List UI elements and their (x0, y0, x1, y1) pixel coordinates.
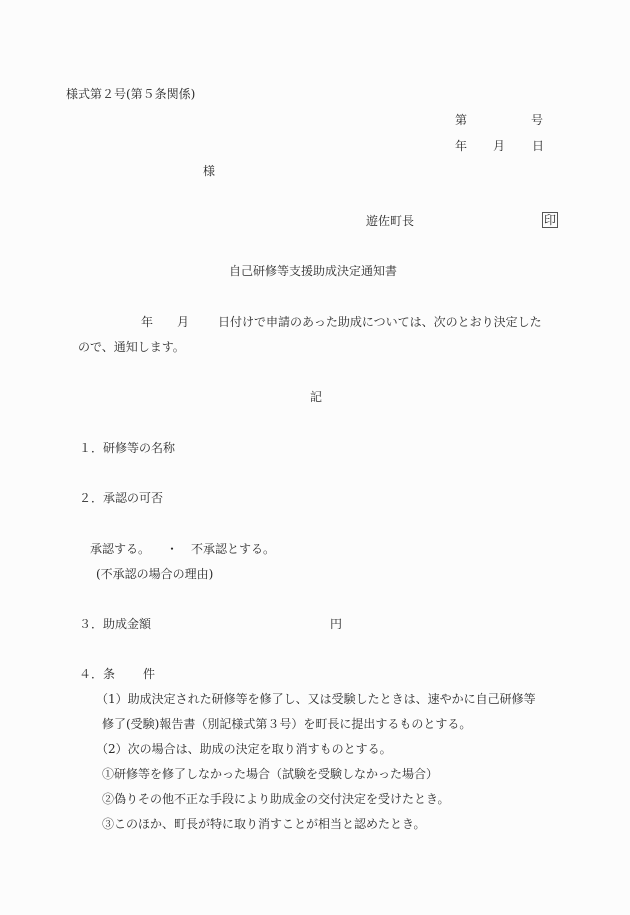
section-2-approval: ２．承認の可否 (79, 491, 163, 505)
condition-2-item-3: ③このほか、町長が特に取り消すことが相当と認めたとき。 (102, 817, 426, 831)
ki-heading: 記 (310, 390, 322, 404)
condition-2: （2）次の場合は、助成の決定を取り消すものとする。 (96, 742, 392, 756)
section-4-number: ４．条 (79, 667, 115, 681)
seal-icon: 印 (542, 212, 558, 228)
body-text-line2: ので、通知します。 (78, 340, 185, 354)
section-4-word: 件 (143, 667, 155, 681)
addressee-suffix: 様 (203, 164, 215, 178)
issuer-name: 遊佐町長 (366, 214, 414, 228)
date-day-label: 日 (532, 139, 544, 153)
body-year: 年 (141, 315, 153, 329)
date-year-label: 年 (455, 139, 467, 153)
choice-reject: 不承認とする。 (191, 542, 275, 556)
body-month: 月 (177, 315, 189, 329)
seal-mark: 印 (542, 212, 558, 228)
document-title: 自己研修等支援助成決定通知書 (229, 264, 397, 278)
condition-2-item-2: ②偽りその他不正な手段により助成金の交付決定を受けたとき。 (102, 792, 450, 806)
document-number-suffix: 号 (531, 113, 543, 127)
rejection-reason-label: (不承認の場合の理由) (96, 567, 213, 581)
condition-2-item-1: ①研修等を修了しなかった場合（試験を受験しなかった場合） (102, 767, 438, 781)
section-1-training-name: １．研修等の名称 (79, 441, 175, 455)
body-text-line1: 日付けで申請のあった助成については、次のとおり決定した (218, 315, 542, 329)
choice-separator: ・ (166, 542, 178, 556)
amount-unit: 円 (330, 617, 342, 631)
date-month-label: 月 (493, 139, 505, 153)
condition-1-line1: （1）助成決定された研修等を修了し、又は受験したときは、速やかに自己研修等 (96, 692, 536, 706)
document-number-prefix: 第 (455, 113, 467, 127)
section-3-amount: ３．助成金額 (79, 617, 151, 631)
condition-1-line2: 修了(受験)報告書（別記様式第３号）を町長に提出するものとする。 (102, 717, 471, 731)
form-number-label: 様式第２号(第５条関係) (66, 87, 195, 101)
choice-approve: 承認する。 (90, 542, 150, 556)
